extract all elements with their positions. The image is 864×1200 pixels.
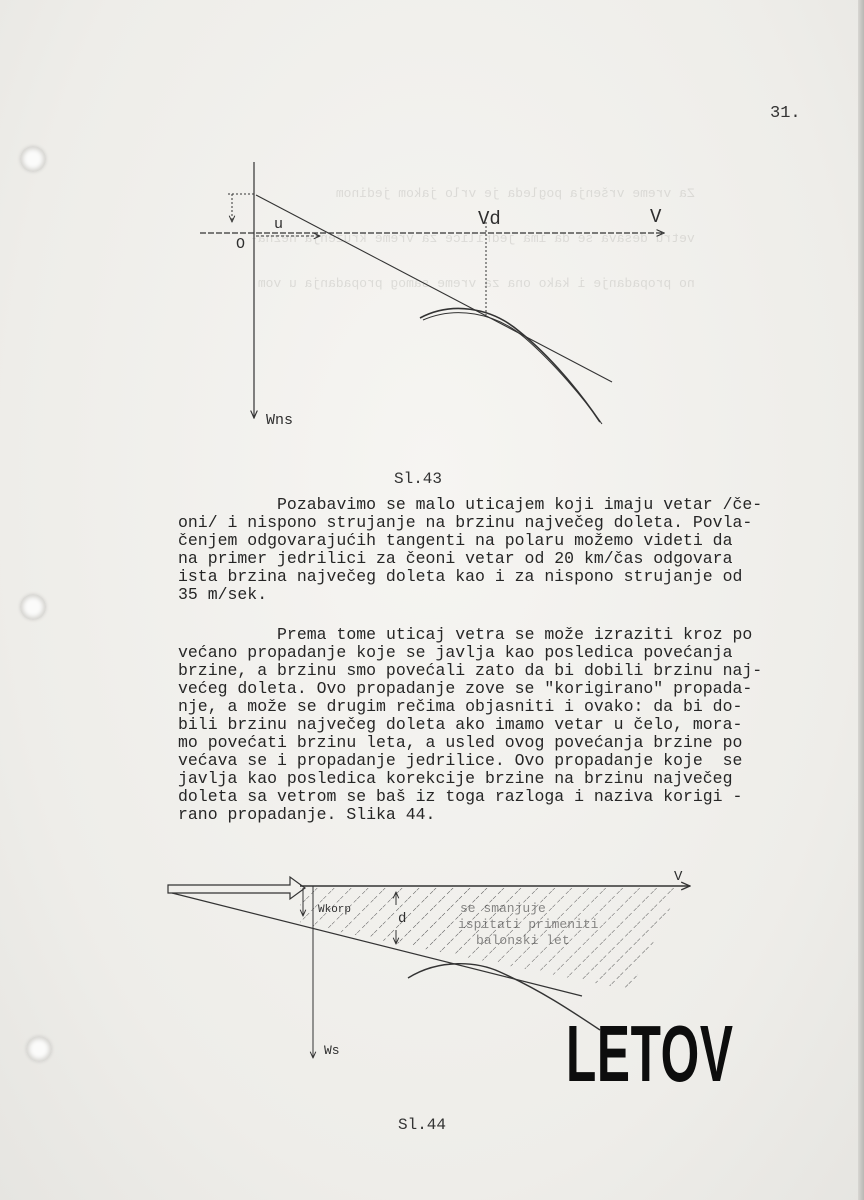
fig44-d-label: d [398, 911, 406, 927]
figure-43 [200, 162, 664, 424]
fig43-vd-label: Vd [478, 208, 501, 230]
svg-text:balonski let: balonski let [476, 933, 570, 948]
fig44-w-label: Ws [324, 1043, 340, 1058]
letov-stamp: LETOV [566, 1014, 734, 1094]
fig43-w-label: Wns [266, 412, 293, 429]
fig43-u-label: u [274, 216, 283, 233]
fig44-v-label: V [674, 869, 683, 885]
paragraph-2: Prema tome uticaj vetra se može izraziti… [178, 626, 818, 824]
figure-44-caption: Sl.44 [398, 1116, 446, 1134]
fig44-wkor-label: Wkorp [318, 904, 351, 916]
svg-text:ispitati primeniti: ispitati primeniti [458, 917, 599, 932]
fig43-v-label: V [650, 206, 662, 228]
svg-text:se smanjuje: se smanjuje [460, 901, 546, 916]
fig43-origin-label: O [236, 236, 245, 253]
paragraph-1: Pozabavimo se malo uticajem koji imaju v… [178, 496, 818, 604]
figure-43-caption: Sl.43 [394, 470, 442, 488]
